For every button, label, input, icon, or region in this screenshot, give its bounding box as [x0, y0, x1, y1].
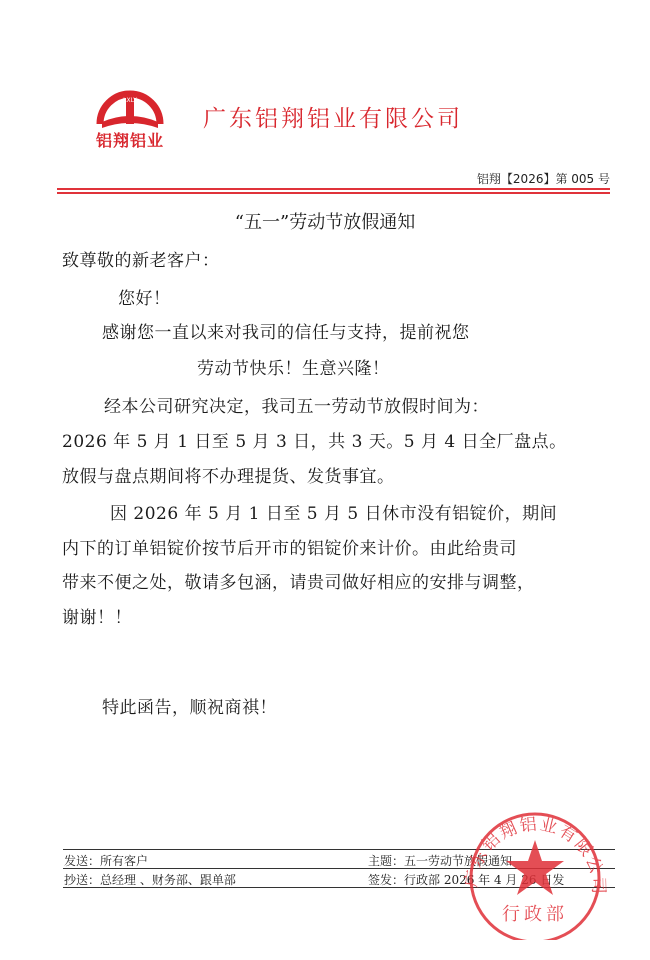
svg-text:LXLY: LXLY: [123, 97, 137, 104]
document-number: 铝翔【2026】第 005 号: [477, 170, 610, 187]
paragraph-line: 经本公司研究决定，我司五一劳动节放假时间为：: [104, 392, 489, 417]
header-divider: [57, 192, 610, 194]
paragraph-line: 2026 年 5 月 1 日至 5 月 3 日，共 3 天。5 月 4 日全厂盘…: [62, 427, 567, 452]
company-name: 广东铝翔铝业有限公司: [203, 100, 463, 133]
salutation: 致尊敬的新老客户：: [62, 246, 220, 271]
logo-text: 铝翔铝业: [80, 128, 180, 151]
stamp-seal-icon: 广东铝翔铝业有限公司 行政部: [425, 790, 615, 940]
paragraph-line: 因 2026 年 5 月 1 日至 5 月 5 日休市没有铝锭价，期间: [110, 499, 557, 524]
greeting: 您好！: [118, 284, 171, 309]
copy-to: 抄送：总经理 、财务部、跟单部: [64, 871, 236, 888]
thanks-line: 感谢您一直以来对我司的信任与支持，提前祝您: [102, 318, 470, 343]
closing: 特此函告，顺祝商祺！: [102, 693, 277, 718]
wishes-line: 劳动节快乐！生意兴隆！: [197, 354, 390, 379]
header-divider: [57, 188, 610, 190]
notice-title: “五一”劳动节放假通知: [0, 208, 650, 234]
logo-emblem-icon: LXLY: [82, 82, 178, 132]
paragraph-line: 谢谢！！: [62, 603, 132, 628]
official-stamp: 广东铝翔铝业有限公司 行政部: [425, 790, 615, 940]
paragraph-line: 放假与盘点期间将不办理提货、发货事宜。: [62, 462, 395, 487]
paragraph-line: 内下的订单铝锭价按节后开市的铝锭价来计价。由此给贵司: [62, 534, 517, 559]
send-to: 发送：所有客户: [64, 852, 148, 869]
svg-text:行政部: 行政部: [502, 904, 568, 925]
paragraph-line: 带来不便之处，敬请多包涵，请贵司做好相应的安排与调整，: [62, 568, 535, 593]
